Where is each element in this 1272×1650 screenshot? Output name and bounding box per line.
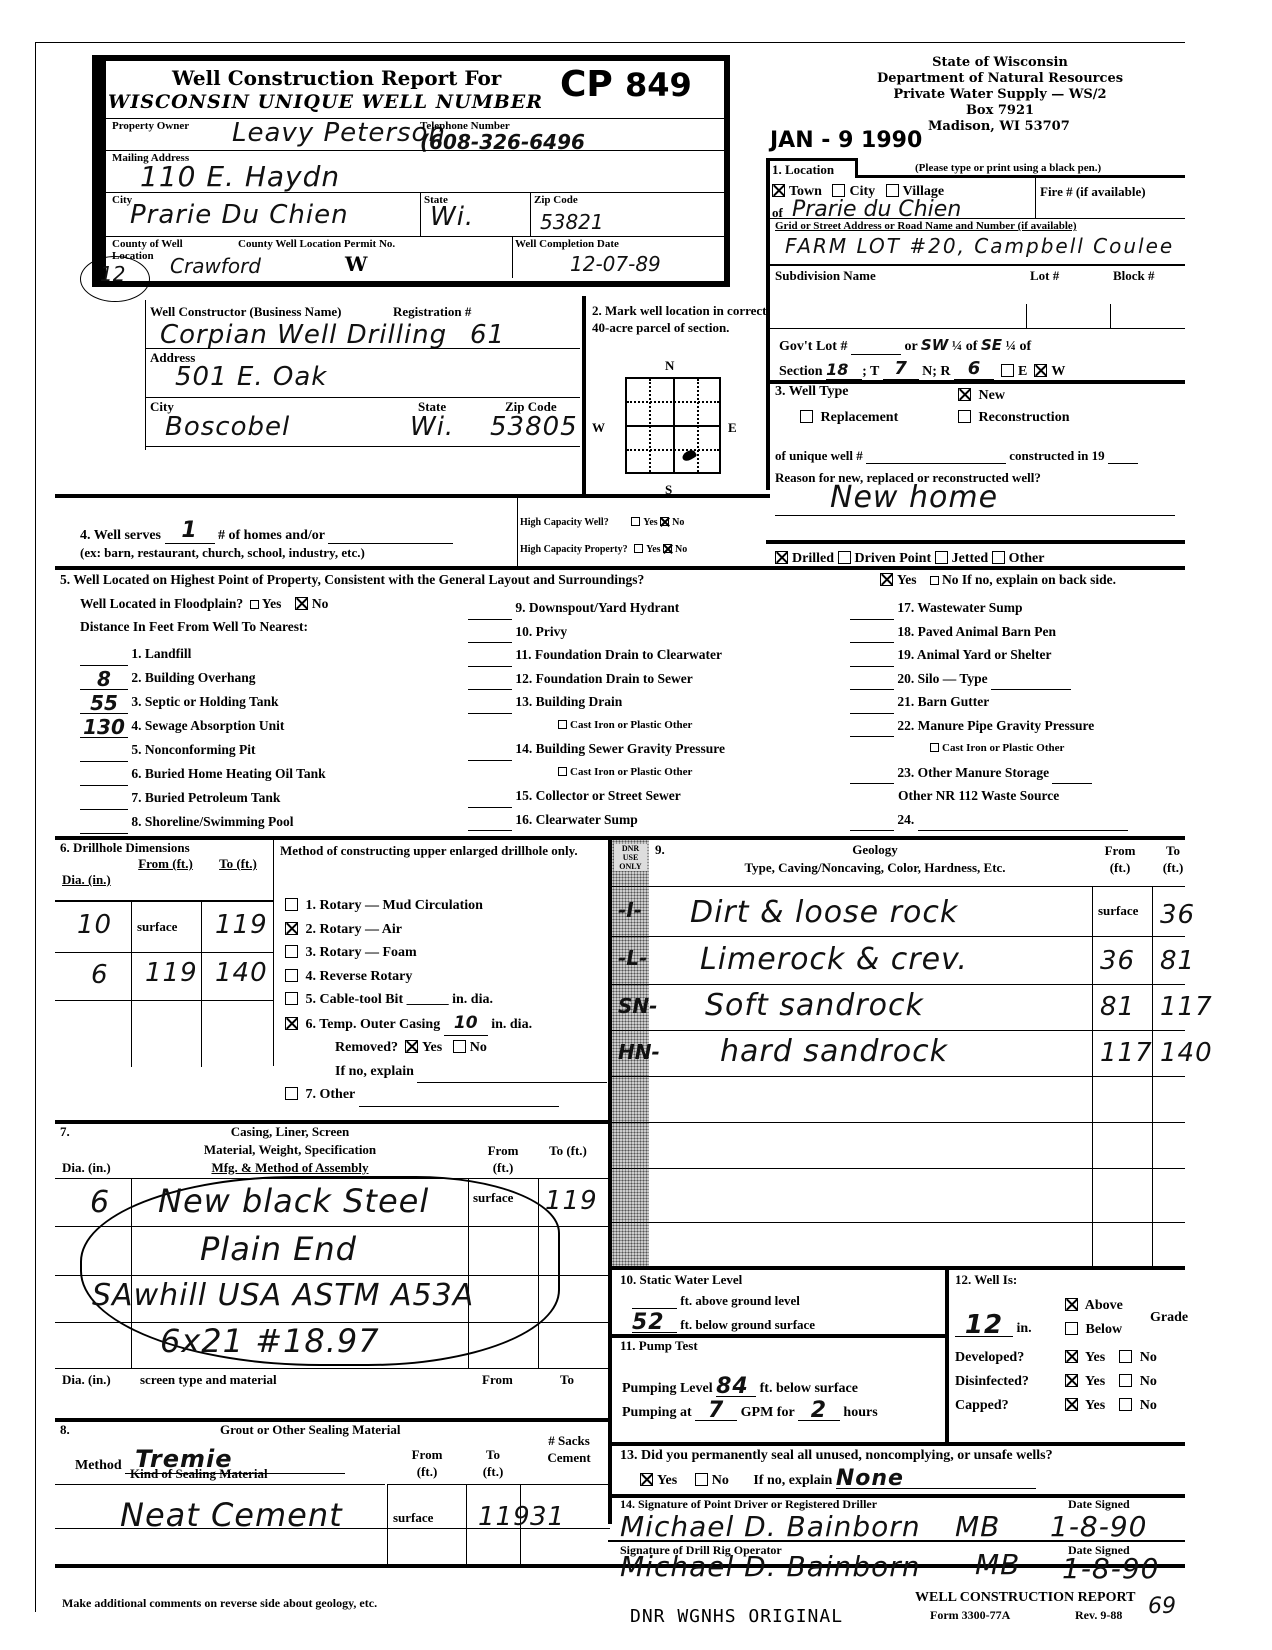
west-checkbox[interactable] bbox=[1034, 364, 1047, 377]
north-label: N bbox=[665, 358, 674, 374]
developed-no-checkbox[interactable] bbox=[1119, 1350, 1132, 1363]
screen-from-header: From bbox=[482, 1372, 513, 1388]
geology-desc[interactable]: Dirt & loose rock bbox=[690, 895, 958, 930]
constructed-year-input[interactable] bbox=[1108, 463, 1138, 464]
method-checkbox[interactable] bbox=[285, 992, 298, 1005]
geology-code: HN- bbox=[618, 1040, 660, 1064]
casing-from-value[interactable]: surface bbox=[473, 1190, 513, 1206]
casing-subtitle2: Mfg. & Method of Assembly bbox=[160, 1160, 420, 1176]
city-checkbox[interactable] bbox=[832, 184, 845, 197]
hc-well-yes-checkbox[interactable] bbox=[631, 517, 640, 526]
list-item: Cast Iron or Plastic Other bbox=[468, 761, 725, 785]
list-item: 18. Paved Animal Barn Pen bbox=[850, 620, 1128, 644]
constructor-name-value[interactable]: Corpian Well Drilling bbox=[160, 320, 447, 350]
casing-line[interactable]: 6x21 #18.97 bbox=[160, 1322, 380, 1360]
list-item: 3. Rotary — Foam bbox=[285, 941, 607, 965]
state-value[interactable]: Wi. bbox=[430, 202, 474, 232]
static-below-value[interactable]: 52 bbox=[632, 1314, 677, 1333]
fire-label: Fire # (if available) bbox=[1040, 184, 1146, 200]
top-border bbox=[35, 42, 1185, 43]
casing-dia-value[interactable]: 6 bbox=[90, 1185, 110, 1220]
list-item: 22. Manure Pipe Gravity Pressure bbox=[850, 714, 1128, 738]
hc-property-no-checkbox[interactable] bbox=[663, 544, 672, 553]
pumping-level-value[interactable]: 84 bbox=[716, 1378, 756, 1397]
other-method-checkbox[interactable] bbox=[285, 1087, 298, 1100]
highest-point-no-checkbox[interactable] bbox=[930, 576, 939, 585]
grout-title: Grout or Other Sealing Material bbox=[220, 1422, 401, 1438]
permit-label: County Well Location Permit No. bbox=[238, 238, 398, 250]
well-type-label: 3. Well Type bbox=[775, 384, 849, 400]
city-value[interactable]: Prarie Du Chien bbox=[130, 200, 349, 230]
title-line1: Well Construction Report For bbox=[172, 66, 501, 90]
list-item: 7. Buried Petroleum Tank bbox=[80, 786, 326, 810]
replacement-checkbox[interactable] bbox=[800, 410, 813, 423]
unique-well-input[interactable] bbox=[866, 463, 1006, 464]
reconstruction-checkbox[interactable] bbox=[958, 410, 971, 423]
gpm-value[interactable]: 7 bbox=[695, 1402, 737, 1421]
completion-label: Well Completion Date bbox=[515, 238, 625, 250]
reason-value[interactable]: New home bbox=[830, 480, 998, 515]
list-item: 24. bbox=[850, 808, 1128, 832]
location-instruction: (Please type or print using a black pen.… bbox=[915, 162, 1101, 174]
removed-no-checkbox[interactable] bbox=[453, 1040, 466, 1053]
static-above-input[interactable] bbox=[632, 1308, 677, 1309]
below-checkbox[interactable] bbox=[1065, 1322, 1078, 1335]
mailing-address-value[interactable]: 110 E. Haydn bbox=[140, 160, 340, 193]
method-list: 1. Rotary — Mud Circulation 2. Rotary — … bbox=[285, 894, 607, 1107]
completion-value[interactable]: 12-07-89 bbox=[570, 252, 661, 276]
seal-title: 13. Did you permanently seal all unused,… bbox=[620, 1448, 1053, 1464]
seal-yes-checkbox[interactable] bbox=[640, 1473, 653, 1486]
list-item: 12. Foundation Drain to Sewer bbox=[468, 667, 725, 691]
county-code: 12 bbox=[100, 262, 125, 286]
footer-stamp: DNR WGNHS ORIGINAL bbox=[630, 1606, 843, 1627]
geology-from[interactable]: 36 bbox=[1100, 946, 1135, 976]
drilled-checkbox[interactable] bbox=[775, 551, 788, 564]
list-item: 55 3. Septic or Holding Tank bbox=[80, 690, 326, 714]
title-line2: WISCONSIN UNIQUE WELL NUMBER bbox=[108, 91, 543, 113]
geology-to-header: To (ft.) bbox=[1158, 842, 1188, 876]
list-item: 13. Building Drain bbox=[468, 690, 725, 714]
village-checkbox[interactable] bbox=[886, 184, 899, 197]
geology-from[interactable]: 117 bbox=[1100, 1038, 1153, 1068]
screen-to-header: To bbox=[560, 1372, 574, 1388]
grout-from-value[interactable]: surface bbox=[393, 1510, 433, 1526]
distance-list-1: 1. Landfill 8 2. Building Overhang 55 3.… bbox=[80, 642, 326, 834]
list-item: 21. Barn Gutter bbox=[850, 690, 1128, 714]
geology-from[interactable]: surface bbox=[1098, 903, 1138, 919]
table-cell[interactable]: 140 bbox=[215, 958, 268, 988]
list-item: Cast Iron or Plastic Other bbox=[850, 737, 1128, 761]
constructor-address-value[interactable]: 501 E. Oak bbox=[175, 362, 327, 392]
list-item: 10. Privy bbox=[468, 620, 725, 644]
town-checkbox[interactable] bbox=[772, 184, 785, 197]
hc-well-no-checkbox[interactable] bbox=[660, 517, 669, 526]
driller-initials: MB bbox=[955, 1510, 1000, 1543]
grid-label: Grid or Street Address or Road Name and … bbox=[775, 220, 1076, 232]
list-item: 5. Cable-tool Bit ______ in. dia. bbox=[285, 988, 607, 1012]
hc-property-yes-checkbox[interactable] bbox=[634, 544, 643, 553]
property-owner-label: Property Owner bbox=[112, 120, 189, 132]
block-label: Block # bbox=[1113, 268, 1155, 284]
east-label: E bbox=[728, 420, 737, 436]
disinfected-yes-checkbox[interactable] bbox=[1065, 1374, 1078, 1387]
geology-subtitle: Type, Caving/Noncaving, Color, Hardness,… bbox=[650, 860, 1100, 876]
list-item: 6. Temp. Outer Casing 10 in. dia. bbox=[285, 1012, 607, 1037]
method-checkbox[interactable] bbox=[285, 1017, 298, 1030]
list-item: 14. Building Sewer Gravity Pressure bbox=[468, 737, 725, 761]
well-is-checklist: Developed? Yes No Disinfected? Yes No Ca… bbox=[955, 1346, 1157, 1418]
list-item: 8 2. Building Overhang bbox=[80, 666, 326, 690]
table-cell[interactable]: 119 bbox=[215, 910, 268, 940]
geology-desc[interactable]: hard sandrock bbox=[720, 1034, 948, 1069]
casing-subtitle1: Material, Weight, Specification bbox=[160, 1142, 420, 1158]
well-number: 849 bbox=[625, 66, 692, 104]
grout-kind-label: Kind of Sealing Material bbox=[130, 1466, 268, 1482]
distance-label: Distance In Feet From Well To Nearest: bbox=[80, 619, 308, 635]
method-checkbox[interactable] bbox=[285, 969, 298, 982]
grid-value[interactable]: FARM LOT #20, Campbell Coulee bbox=[785, 234, 1174, 258]
table-cell[interactable]: surface bbox=[137, 919, 177, 935]
drillhole-dia-header: Dia. (in.) bbox=[62, 872, 111, 888]
operator-date[interactable]: 1-8-90 bbox=[1062, 1552, 1159, 1585]
seal-explain-value[interactable]: None bbox=[836, 1470, 1036, 1489]
section-map-grid[interactable] bbox=[625, 377, 721, 474]
grout-from-header: From (ft.) bbox=[402, 1446, 452, 1480]
list-item: 9. Downspout/Yard Hydrant bbox=[468, 596, 725, 620]
hours-value[interactable]: 2 bbox=[798, 1402, 840, 1421]
geology-code: SN- bbox=[618, 994, 657, 1018]
footer-comments: Make additional comments on reverse side… bbox=[62, 1596, 377, 1611]
casing-line[interactable]: New black Steel bbox=[158, 1182, 429, 1220]
developed-yes-checkbox[interactable] bbox=[1065, 1350, 1078, 1363]
other-method-checkbox[interactable] bbox=[992, 551, 1005, 564]
agency-address: Madison, WI 53707 bbox=[928, 119, 1070, 134]
casing-num: 7. bbox=[60, 1124, 70, 1140]
operator-initials: MB bbox=[975, 1548, 1020, 1581]
casing-line[interactable]: SAwhill USA ASTM A53A bbox=[92, 1278, 474, 1313]
well-height-value[interactable]: 12 bbox=[955, 1314, 1013, 1337]
list-item: 130 4. Sewage Absorption Unit bbox=[80, 714, 326, 738]
permit-value[interactable]: W bbox=[345, 252, 367, 276]
new-checkbox[interactable] bbox=[958, 388, 971, 401]
geology-code: -L- bbox=[618, 946, 647, 970]
static-title: 10. Static Water Level bbox=[620, 1272, 742, 1288]
received-stamp: JAN - 9 1990 bbox=[770, 128, 922, 153]
list-item: 15. Collector or Street Sewer bbox=[468, 784, 725, 808]
well-is-title: 12. Well Is: bbox=[955, 1272, 1017, 1288]
casing-from-header: From (ft.) bbox=[478, 1142, 528, 1176]
highest-point-yes-checkbox[interactable] bbox=[880, 573, 893, 586]
homes-served-value[interactable]: 1 bbox=[165, 518, 215, 544]
casing-dia-header: Dia. (in.) bbox=[62, 1160, 111, 1176]
list-item: 16. Clearwater Sump bbox=[468, 808, 725, 832]
drillhole-title: 6. Drillhole Dimensions bbox=[60, 840, 190, 856]
distance-list-3: 17. Wastewater Sump 18. Paved Animal Bar… bbox=[850, 596, 1128, 831]
zip-label: Zip Code bbox=[534, 194, 578, 206]
left-border bbox=[35, 42, 36, 1612]
constructor-city-value[interactable]: Boscobel bbox=[165, 412, 290, 442]
floodplain-yes-checkbox[interactable] bbox=[250, 600, 259, 609]
drill-method-row: Drilled Driven Point Jetted Other bbox=[775, 551, 1078, 567]
geology-desc[interactable]: Soft sandrock bbox=[705, 988, 924, 1023]
other-served-input[interactable] bbox=[328, 543, 453, 544]
registration-label: Registration # bbox=[393, 304, 471, 320]
geology-to[interactable]: 81 bbox=[1160, 946, 1195, 976]
driller-signature[interactable]: Michael D. Bainborn bbox=[620, 1510, 921, 1543]
geology-to[interactable]: 117 bbox=[1160, 992, 1213, 1022]
west-label: W bbox=[592, 420, 605, 436]
serves-example: (ex: barn, restaurant, church, school, i… bbox=[80, 545, 365, 561]
pump-title: 11. Pump Test bbox=[620, 1338, 698, 1354]
casing-line[interactable]: Plain End bbox=[200, 1230, 357, 1268]
list-item: Cast Iron or Plastic Other bbox=[468, 714, 725, 738]
geology-title: Geology bbox=[650, 842, 1100, 858]
govt-lot-row: Gov't Lot # or SW ¼ of SE ¼ of bbox=[779, 336, 1031, 355]
geology-code: -I- bbox=[618, 898, 642, 922]
geology-to[interactable]: 140 bbox=[1160, 1038, 1213, 1068]
geology-desc[interactable]: Limerock & crev. bbox=[700, 942, 968, 977]
jetted-checkbox[interactable] bbox=[935, 551, 948, 564]
method-title: Method of constructing upper enlarged dr… bbox=[280, 842, 610, 859]
driller-date[interactable]: 1-8-90 bbox=[1050, 1510, 1147, 1543]
property-owner-value[interactable]: Leavy Peterson bbox=[232, 118, 446, 148]
method-checkbox[interactable] bbox=[285, 898, 298, 911]
method-checkbox[interactable] bbox=[285, 945, 298, 958]
quarter1-value[interactable]: SW bbox=[921, 336, 948, 354]
section5-title: 5. Well Located on Highest Point of Prop… bbox=[60, 572, 644, 588]
geology-from-header: From (ft.) bbox=[1095, 842, 1145, 876]
grout-num: 8. bbox=[60, 1422, 70, 1438]
list-item: 1. Rotary — Mud Circulation bbox=[285, 894, 607, 918]
footer-revision: Rev. 9-88 bbox=[1075, 1608, 1122, 1623]
list-item: 6. Buried Home Heating Oil Tank bbox=[80, 762, 326, 786]
table-cell[interactable]: 10 bbox=[77, 910, 112, 940]
list-item: 2. Rotary — Air bbox=[285, 918, 607, 942]
dnr-use-only-label: DNR USE ONLY bbox=[614, 844, 647, 871]
constructor-zip-value[interactable]: 53805 bbox=[490, 412, 578, 442]
outer-casing-value[interactable]: 10 bbox=[444, 1012, 488, 1037]
section2-label: 2. Mark well location in correct 40-acre… bbox=[592, 302, 767, 336]
quarter2-value[interactable]: SE bbox=[981, 336, 1002, 354]
driven-point-checkbox[interactable] bbox=[838, 551, 851, 564]
grout-sacks-header: # Sacks Cement bbox=[540, 1432, 598, 1466]
casing-title: Casing, Liner, Screen bbox=[160, 1124, 420, 1140]
geology-to[interactable]: 36 bbox=[1160, 900, 1195, 930]
screen-dia-header: Dia. (in.) bbox=[62, 1372, 111, 1388]
list-item: 5. Nonconforming Pit bbox=[80, 738, 326, 762]
grout-to-header: To (ft.) bbox=[478, 1446, 508, 1480]
east-checkbox[interactable] bbox=[1001, 364, 1014, 377]
footer-report-title: WELL CONSTRUCTION REPORT bbox=[915, 1590, 1135, 1606]
drillhole-table: 10 surface 119 6 119 140 bbox=[55, 900, 273, 1067]
location-tab: 1. Location bbox=[772, 162, 834, 178]
disinfected-no-checkbox[interactable] bbox=[1119, 1374, 1132, 1387]
section-row: Section 18; T 7 N; R 6 E W bbox=[779, 358, 1065, 380]
distance-list-2: 9. Downspout/Yard Hydrant 10. Privy 11. … bbox=[468, 596, 725, 831]
seal-no-checkbox[interactable] bbox=[695, 1473, 708, 1486]
casing-to-header: To (ft.) bbox=[548, 1142, 588, 1159]
agency-block: State of Wisconsin Department of Natural… bbox=[830, 55, 1170, 119]
constructor-name-label: Well Constructor (Business Name) bbox=[150, 304, 342, 320]
table-cell[interactable]: 119 bbox=[145, 958, 198, 988]
township-value[interactable]: 7 bbox=[883, 358, 919, 380]
registration-value[interactable]: 61 bbox=[470, 320, 505, 350]
screen-label: screen type and material bbox=[140, 1372, 277, 1388]
drillhole-from-header: From (ft.) bbox=[138, 856, 193, 871]
above-checkbox[interactable] bbox=[1065, 1298, 1078, 1311]
floodplain-no-checkbox[interactable] bbox=[295, 597, 308, 610]
footer-page-number: 69 bbox=[1148, 1594, 1176, 1619]
geology-from[interactable]: 81 bbox=[1100, 992, 1135, 1022]
list-item: Other NR 112 Waste Source bbox=[850, 784, 1128, 808]
county-value[interactable]: Crawford bbox=[170, 254, 261, 278]
method-checkbox[interactable] bbox=[285, 922, 298, 935]
well-number-prefix: CP bbox=[560, 64, 613, 105]
list-item: 8. Shoreline/Swimming Pool bbox=[80, 810, 326, 834]
range-value[interactable]: 6 bbox=[954, 358, 994, 380]
section-value[interactable]: 18 bbox=[826, 360, 862, 380]
list-item: 20. Silo — Type bbox=[850, 667, 1128, 691]
capped-no-checkbox[interactable] bbox=[1119, 1398, 1132, 1411]
removed-yes-checkbox[interactable] bbox=[405, 1040, 418, 1053]
list-item: 19. Animal Yard or Shelter bbox=[850, 643, 1128, 667]
list-item: 4. Reverse Rotary bbox=[285, 965, 607, 989]
constructor-state-value[interactable]: Wi. bbox=[410, 412, 454, 442]
capped-yes-checkbox[interactable] bbox=[1065, 1398, 1078, 1411]
operator-signature[interactable]: Michael D. Bainborn bbox=[620, 1550, 921, 1583]
lot-label: Lot # bbox=[1030, 268, 1059, 284]
list-item: 17. Wastewater Sump bbox=[850, 596, 1128, 620]
grade-label: Grade bbox=[1150, 1310, 1188, 1326]
table-cell[interactable]: 6 bbox=[91, 960, 109, 990]
footer-form-number: Form 3300-77A bbox=[930, 1608, 1010, 1623]
list-item: 1. Landfill bbox=[80, 642, 326, 666]
zip-value[interactable]: 53821 bbox=[540, 210, 604, 234]
list-item: 23. Other Manure Storage bbox=[850, 761, 1128, 785]
list-item: 11. Foundation Drain to Clearwater bbox=[468, 643, 725, 667]
casing-to-value[interactable]: 119 bbox=[545, 1186, 598, 1216]
subdivision-label: Subdivision Name bbox=[775, 268, 876, 284]
drillhole-to-header: To (ft.) bbox=[218, 856, 258, 871]
